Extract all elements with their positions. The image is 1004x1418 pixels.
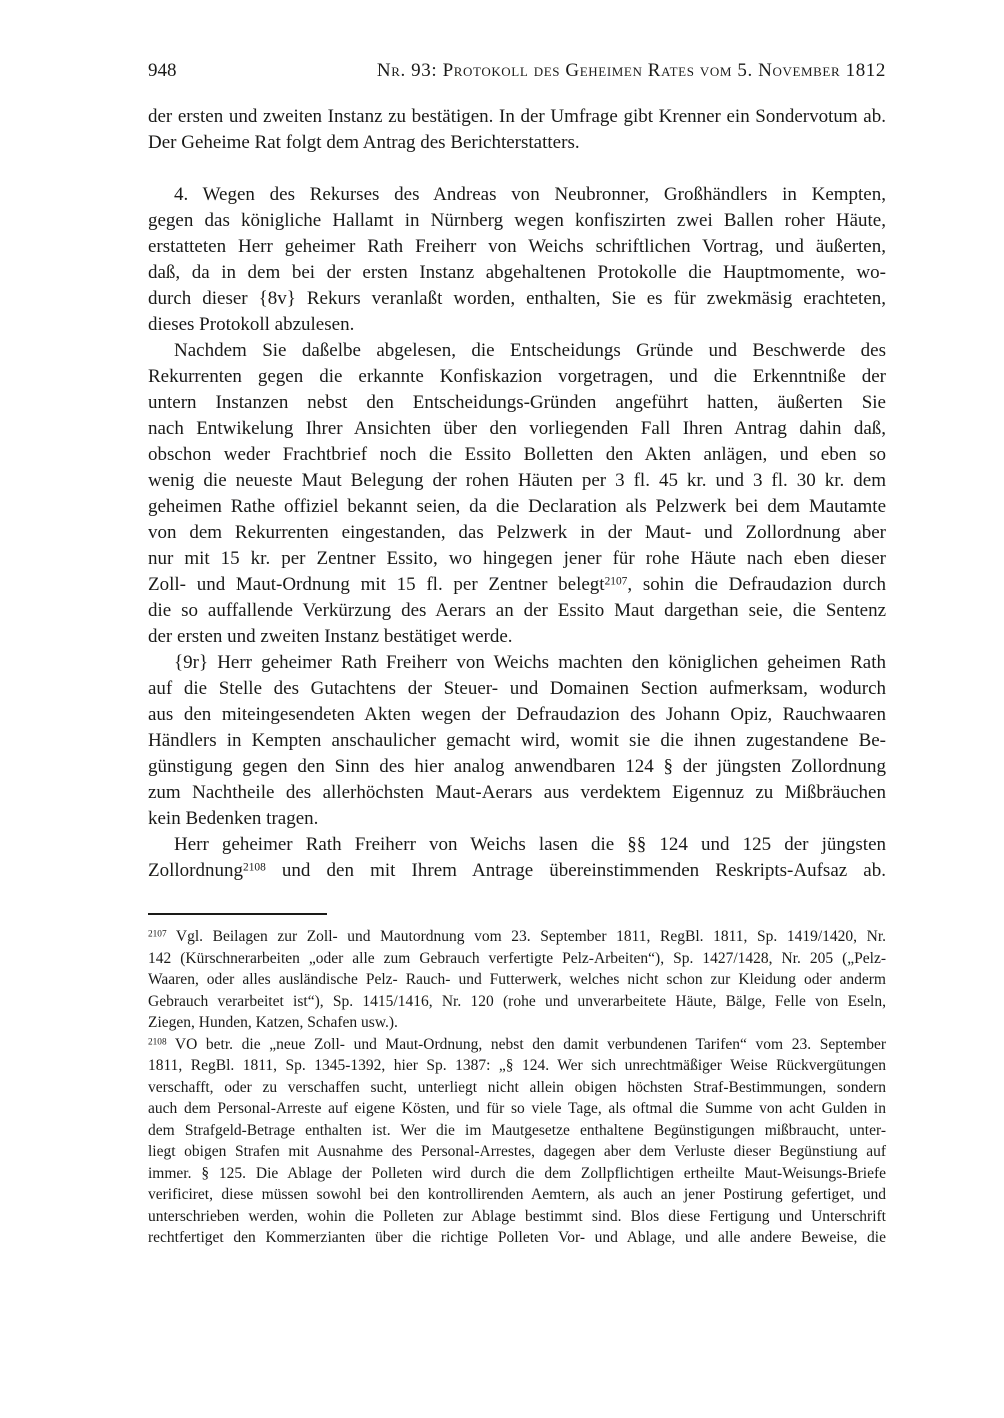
text-line: wenig die neueste Maut Belegung der rohe… bbox=[148, 468, 886, 494]
running-title: Nr. 93: Protokoll des Geheimen Rates vom… bbox=[377, 60, 886, 82]
text-line: daß, da in dem bei der ersten Instanz ab… bbox=[148, 260, 886, 286]
text-line: der ersten und zweiten Instanz zu bestät… bbox=[148, 104, 886, 130]
page-number: 948 bbox=[148, 60, 177, 82]
text-line: Herr geheimer Rath Freiherr von Weichs l… bbox=[148, 832, 886, 858]
footnote-line: verificiret, diese müssen sowohl bei den… bbox=[148, 1184, 886, 1206]
footnote-line: verschafft, oder zu verschaffen sucht, u… bbox=[148, 1077, 886, 1099]
footnote-line: Waaren, oder alles ausländische Pelz- Ra… bbox=[148, 969, 886, 991]
footnote-line: 142 (Kürschnerarbeiten „oder alle zum Ge… bbox=[148, 948, 886, 970]
text-line: Zollordnung2108 und den mit Ihrem Antrag… bbox=[148, 858, 886, 884]
text-line: auf die Stelle des Gutachtens der Steuer… bbox=[148, 676, 886, 702]
page-header: 948 Nr. 93: Protokoll des Geheimen Rates… bbox=[148, 60, 886, 82]
text-line: obschon weder Frachtbrief noch die Essit… bbox=[148, 442, 886, 468]
text-line: Zoll- und Maut-Ordnung mit 15 fl. per Ze… bbox=[148, 572, 886, 598]
footnote-line: 2108 VO betr. die „neue Zoll- und Maut-O… bbox=[148, 1034, 886, 1056]
text-line: kein Bedenken tragen. bbox=[148, 806, 886, 832]
footnote: 2107 Vgl. Beilagen zur Zoll- und Mautord… bbox=[148, 926, 886, 1034]
text-line: 4. Wegen des Rekurses des Andreas von Ne… bbox=[148, 182, 886, 208]
text-line: erstatteten Herr geheimer Rath Freiherr … bbox=[148, 234, 886, 260]
footnotes: 2107 Vgl. Beilagen zur Zoll- und Mautord… bbox=[148, 926, 886, 1249]
text-line: Händlers in Kempten anschaulicher gemach… bbox=[148, 728, 886, 754]
text-line: untern Instanzen nebst den Entscheidungs… bbox=[148, 390, 886, 416]
footnote-line: auch dem Personal-Arreste auf eigene Kös… bbox=[148, 1098, 886, 1120]
text-line: Rekurrenten gegen die erkannte Konfiskaz… bbox=[148, 364, 886, 390]
footnote-line: 1811, RegBl. 1811, Sp. 1345-1392, hier S… bbox=[148, 1055, 886, 1077]
paragraph: Nachdem Sie daßelbe abgelesen, die Entsc… bbox=[148, 338, 886, 650]
footnote-marker: 2107 bbox=[605, 575, 628, 587]
text-line: aus den miteingesendeten Akten wegen der… bbox=[148, 702, 886, 728]
footnote-line: rechtfertiget den Kommerzianten über die… bbox=[148, 1227, 886, 1249]
footnote-line: Gebrauch verarbeitet ist“), Sp. 1415/141… bbox=[148, 991, 886, 1013]
footnote-separator bbox=[148, 913, 327, 915]
footnote-marker: 2108 bbox=[243, 861, 266, 873]
footnote-line: immer. § 125. Die Ablage der Polleten wi… bbox=[148, 1163, 886, 1185]
text-line: nur mit 15 kr. per Zentner Essito, wo hi… bbox=[148, 546, 886, 572]
text-line: zum Nachtheile des allerhöchsten Maut-Ae… bbox=[148, 780, 886, 806]
footnote-line: unterschrieben werden, wohin die Pollete… bbox=[148, 1206, 886, 1228]
text-line: der ersten und zweiten Instanz bestätige… bbox=[148, 624, 886, 650]
paragraph: 4. Wegen des Rekurses des Andreas von Ne… bbox=[148, 182, 886, 338]
text-line: die so auffallende Verkürzung des Aerars… bbox=[148, 598, 886, 624]
footnote-line: Ziegen, Hunden, Katzen, Schafen usw.). bbox=[148, 1012, 886, 1034]
footnote-line: dem Strafgeld-Betrage enthalten ist. Wer… bbox=[148, 1120, 886, 1142]
footnote-marker: 2108 bbox=[148, 1037, 167, 1047]
paragraph: {9r} Herr geheimer Rath Freiherr von Wei… bbox=[148, 650, 886, 832]
text-line: Der Geheime Rat folgt dem Antrag des Ber… bbox=[148, 130, 886, 156]
text-line: geheimen Rathe offiziel bekannt seien, d… bbox=[148, 494, 886, 520]
paragraph: der ersten und zweiten Instanz zu bestät… bbox=[148, 104, 886, 156]
footnote: 2108 VO betr. die „neue Zoll- und Maut-O… bbox=[148, 1034, 886, 1249]
text-line: durch dieser {8v} Rekurs veranlaßt worde… bbox=[148, 286, 886, 312]
main-text: der ersten und zweiten Instanz zu bestät… bbox=[148, 104, 886, 884]
footnote-line: liegt obigen Strafen mit Ausnahme des Pe… bbox=[148, 1141, 886, 1163]
book-page: 948 Nr. 93: Protokoll des Geheimen Rates… bbox=[0, 0, 1004, 1418]
footnote-marker: 2107 bbox=[148, 929, 167, 939]
text-line: {9r} Herr geheimer Rath Freiherr von Wei… bbox=[148, 650, 886, 676]
text-line: dieses Protokoll abzulesen. bbox=[148, 312, 886, 338]
footnote-line: 2107 Vgl. Beilagen zur Zoll- und Mautord… bbox=[148, 926, 886, 948]
paragraph: Herr geheimer Rath Freiherr von Weichs l… bbox=[148, 832, 886, 884]
text-line: von dem Rekurrenten eingestanden, das Pe… bbox=[148, 520, 886, 546]
text-line: günstigung gegen den Sinn des hier analo… bbox=[148, 754, 886, 780]
text-line: gegen das königliche Hallamt in Nürnberg… bbox=[148, 208, 886, 234]
text-line: Nachdem Sie daßelbe abgelesen, die Entsc… bbox=[148, 338, 886, 364]
text-line: nach Entwikelung Ihrer Ansichten über de… bbox=[148, 416, 886, 442]
